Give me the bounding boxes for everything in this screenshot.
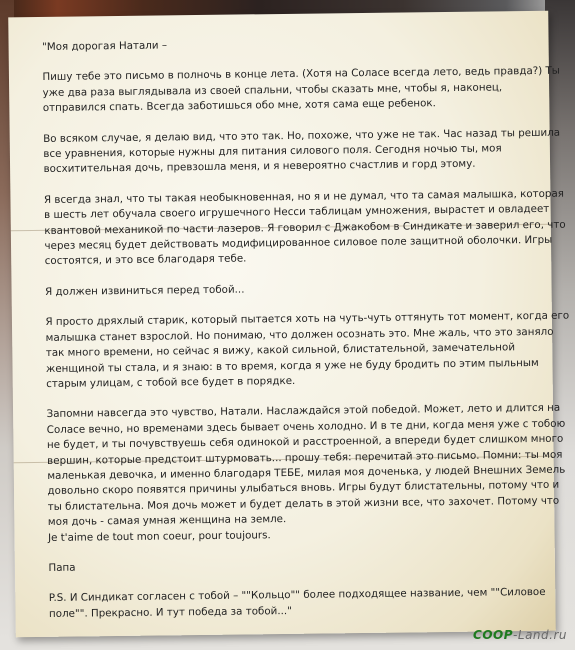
letter-paragraph: P.S. И Синдикат согласен с тобой – ""Кол… xyxy=(49,586,519,623)
site-watermark: COOP-Land.ru xyxy=(473,628,567,642)
letter-line: Папа xyxy=(48,555,518,576)
watermark-domain: -Land.ru xyxy=(513,628,567,642)
letter-text: "Моя дорогая Натали – Пишу тебе это пись… xyxy=(42,34,519,637)
letter-paragraph: Я просто дряхлый старик, который пытаетс… xyxy=(45,310,516,393)
letter-paragraph: Пишу тебе это письмо в полночь в конце л… xyxy=(42,65,513,117)
letter-paragraph: Папа xyxy=(48,555,518,576)
letter-paragraph: Я должен извиниться перед тобой... xyxy=(45,279,515,300)
letter-paragraph: Во всяком случае, я делаю вид, что это т… xyxy=(43,126,514,178)
letter-body: Пишу тебе это письмо в полночь в конце л… xyxy=(42,65,519,622)
letter-paragraph: Я всегда знал, что ты такая необыкновенн… xyxy=(44,187,515,270)
letter-line: Я должен извиниться перед тобой... xyxy=(45,279,515,300)
watermark-brand: COOP xyxy=(473,628,513,642)
letter-paragraph: Запомни навсегда это чувство, Натали. На… xyxy=(46,402,518,546)
